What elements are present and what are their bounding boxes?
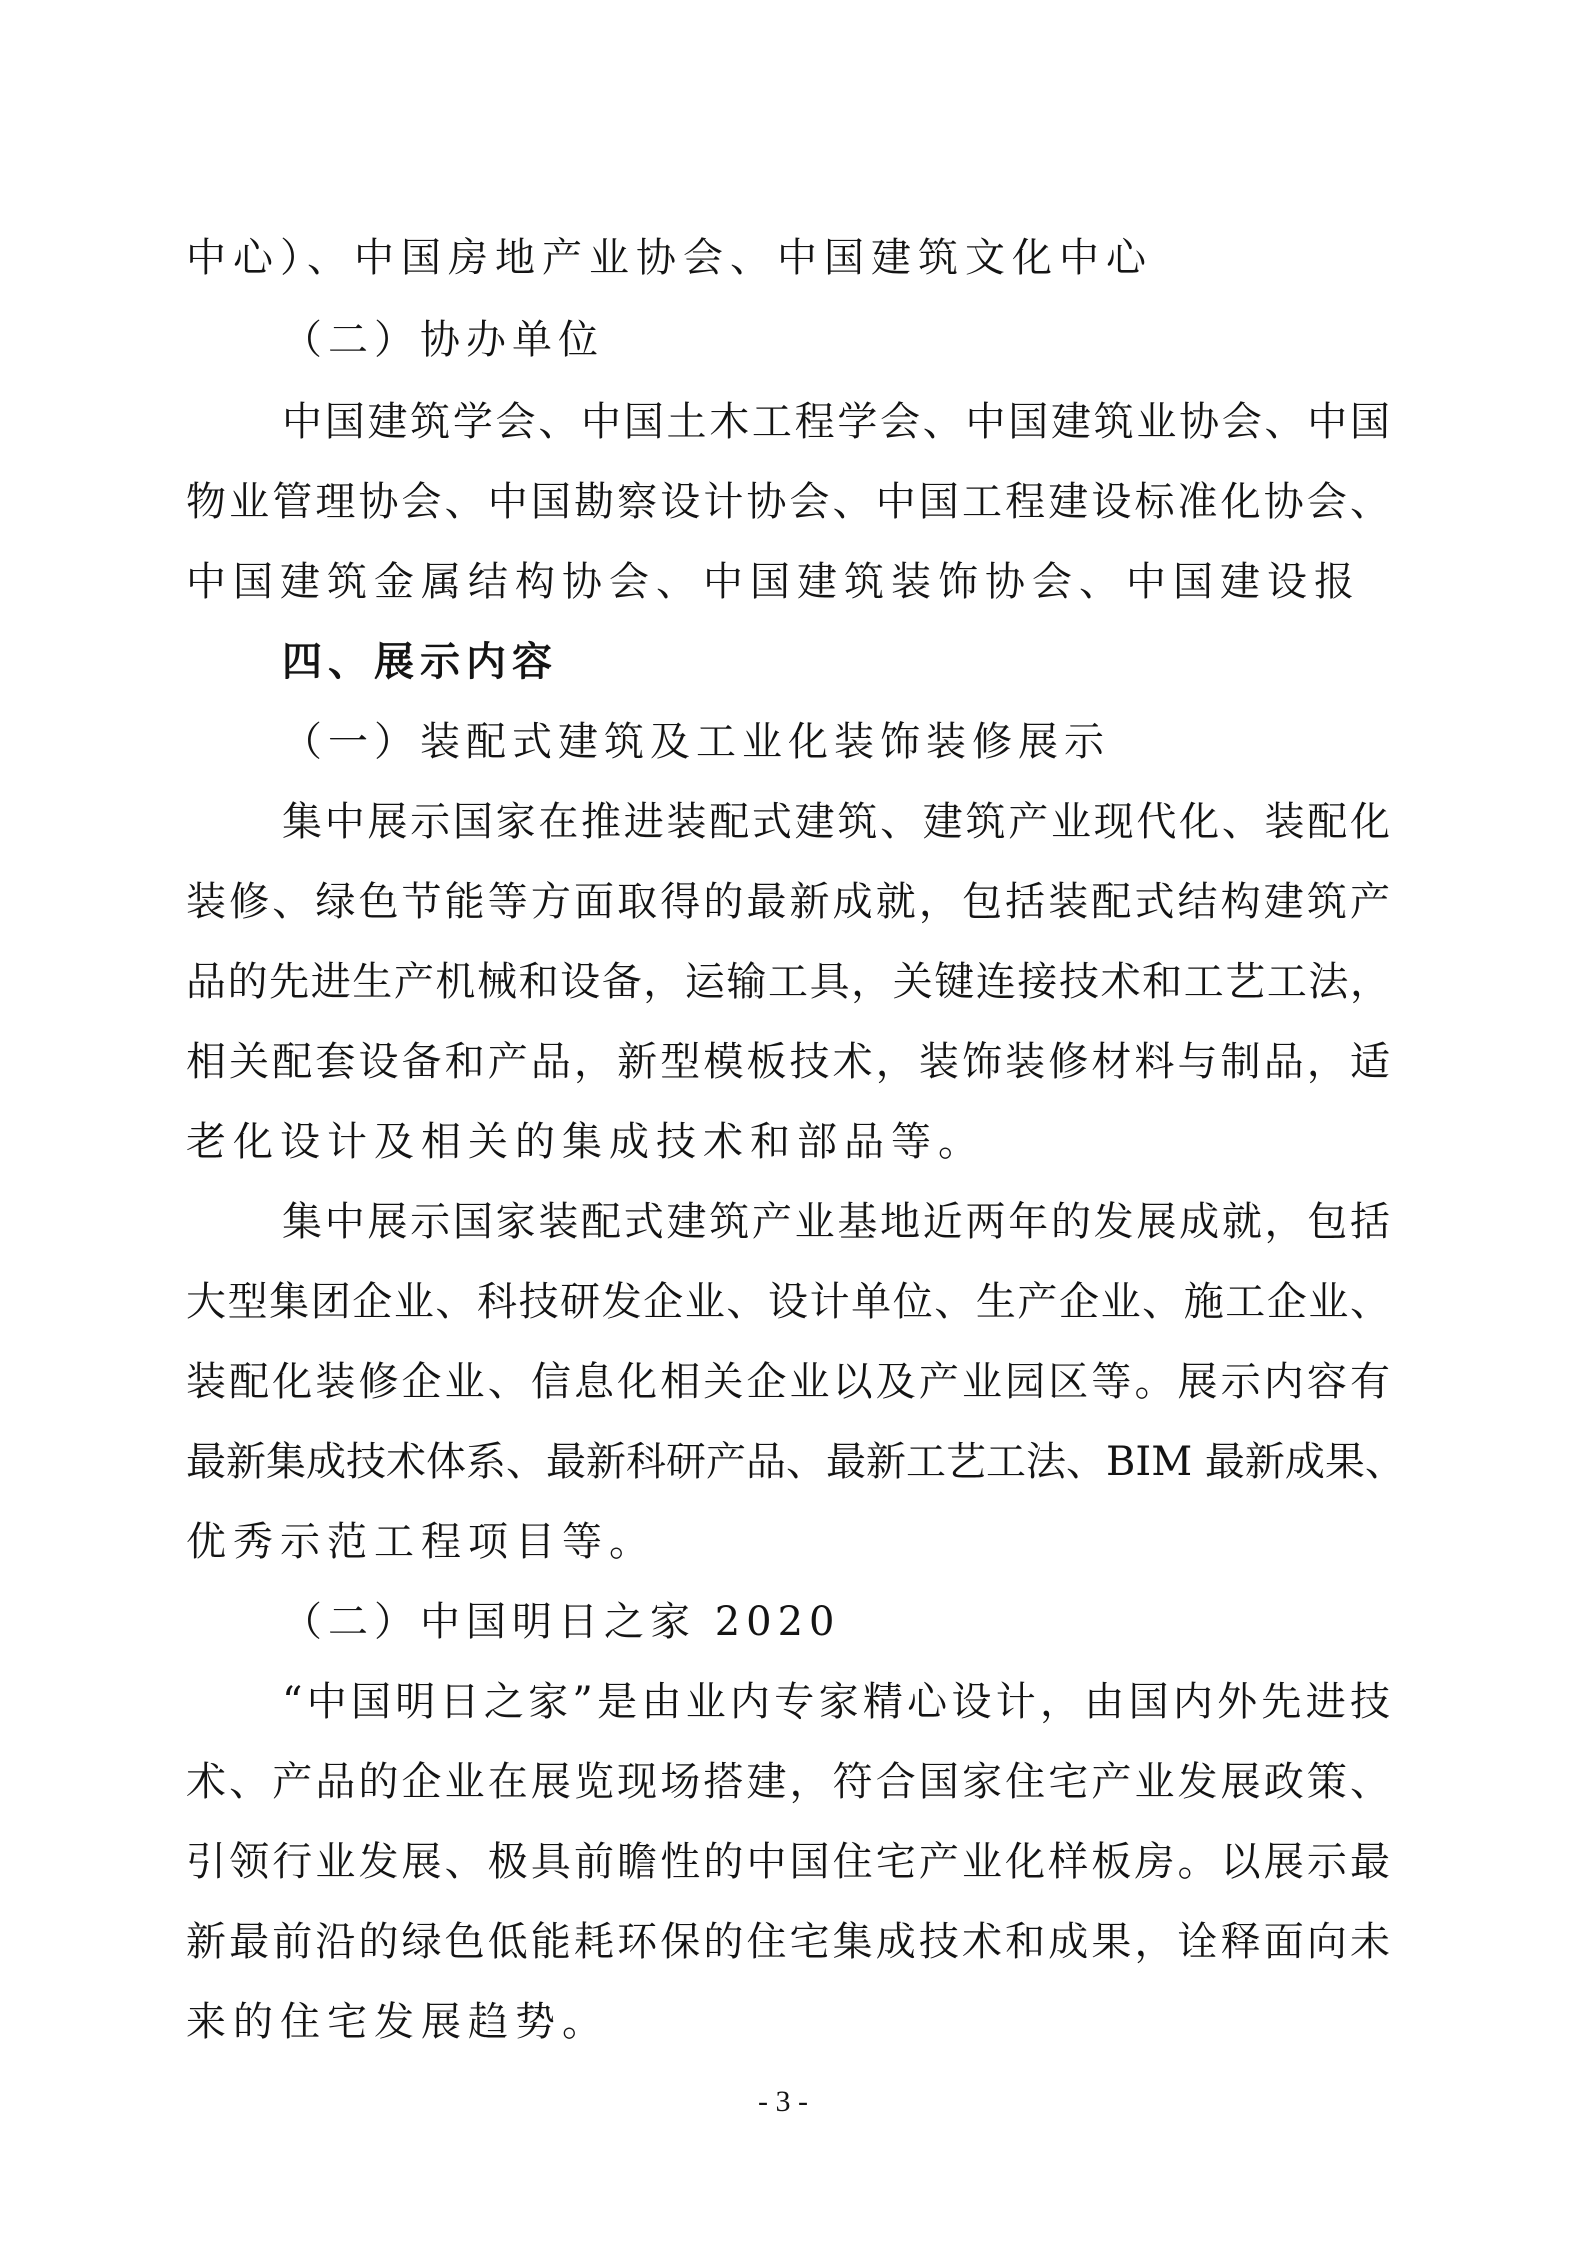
section-heading-co-organizers: （二）协办单位 <box>282 316 1390 364</box>
body-line-industry-base-2: 大型集团企业、科技研发企业、设计单位、生产企业、施工企业、 <box>186 1278 1390 1326</box>
section-heading-prefab-building: （一）装配式建筑及工业化装饰装修展示 <box>282 718 1390 766</box>
body-line-industry-base-3: 装配化装修企业、信息化相关企业以及产业园区等。展示内容有 <box>186 1358 1390 1406</box>
body-line-prefab-3: 品的先进生产机械和设备，运输工具，关键连接技术和工艺工法， <box>186 958 1390 1006</box>
body-line-co-organizers-1: 中国建筑学会、中国土木工程学会、中国建筑业协会、中国 <box>282 398 1390 446</box>
body-line-prefab-4: 相关配套设备和产品，新型模板技术，装饰装修材料与制品，适 <box>186 1038 1390 1086</box>
section-heading-home-of-tomorrow: （二）中国明日之家 2020 <box>282 1598 1390 1646</box>
body-line-home-of-tomorrow-2: 术、产品的企业在展览现场搭建，符合国家住宅产业发展政策、 <box>186 1758 1390 1806</box>
body-line-co-organizers-3: 中国建筑金属结构协会、中国建筑装饰协会、中国建设报 <box>186 558 1390 606</box>
body-line-home-of-tomorrow-5: 来的住宅发展趋势。 <box>186 1998 1390 2046</box>
body-line-industry-base-4: 最新集成技术体系、最新科研产品、最新工艺工法、BIM 最新成果、 <box>186 1438 1390 1486</box>
chapter-heading-exhibit-content: 四、展示内容 <box>282 638 1390 686</box>
body-line-home-of-tomorrow-1: “中国明日之家”是由业内专家精心设计，由国内外先进技 <box>282 1678 1390 1726</box>
body-line-co-organizers-2: 物业管理协会、中国勘察设计协会、中国工程建设标准化协会、 <box>186 478 1390 526</box>
body-line-prefab-2: 装修、绿色节能等方面取得的最新成就，包括装配式结构建筑产 <box>186 878 1390 926</box>
body-line-home-of-tomorrow-4: 新最前沿的绿色低能耗环保的住宅集成技术和成果，诠释面向未 <box>186 1918 1390 1966</box>
body-line-org-list-continued: 中心）、中国房地产业协会、中国建筑文化中心 <box>186 234 1390 282</box>
body-line-industry-base-1: 集中展示国家装配式建筑产业基地近两年的发展成就，包括 <box>282 1198 1390 1246</box>
body-line-prefab-5: 老化设计及相关的集成技术和部品等。 <box>186 1118 1390 1166</box>
body-line-prefab-1: 集中展示国家在推进装配式建筑、建筑产业现代化、装配化 <box>282 798 1390 846</box>
body-line-industry-base-5: 优秀示范工程项目等。 <box>186 1518 1390 1566</box>
page-number: - 3 - <box>743 2086 823 2118</box>
document-page: 中心）、中国房地产业协会、中国建筑文化中心 （二）协办单位 中国建筑学会、中国土… <box>0 0 1586 2242</box>
body-line-home-of-tomorrow-3: 引领行业发展、极具前瞻性的中国住宅产业化样板房。以展示最 <box>186 1838 1390 1886</box>
